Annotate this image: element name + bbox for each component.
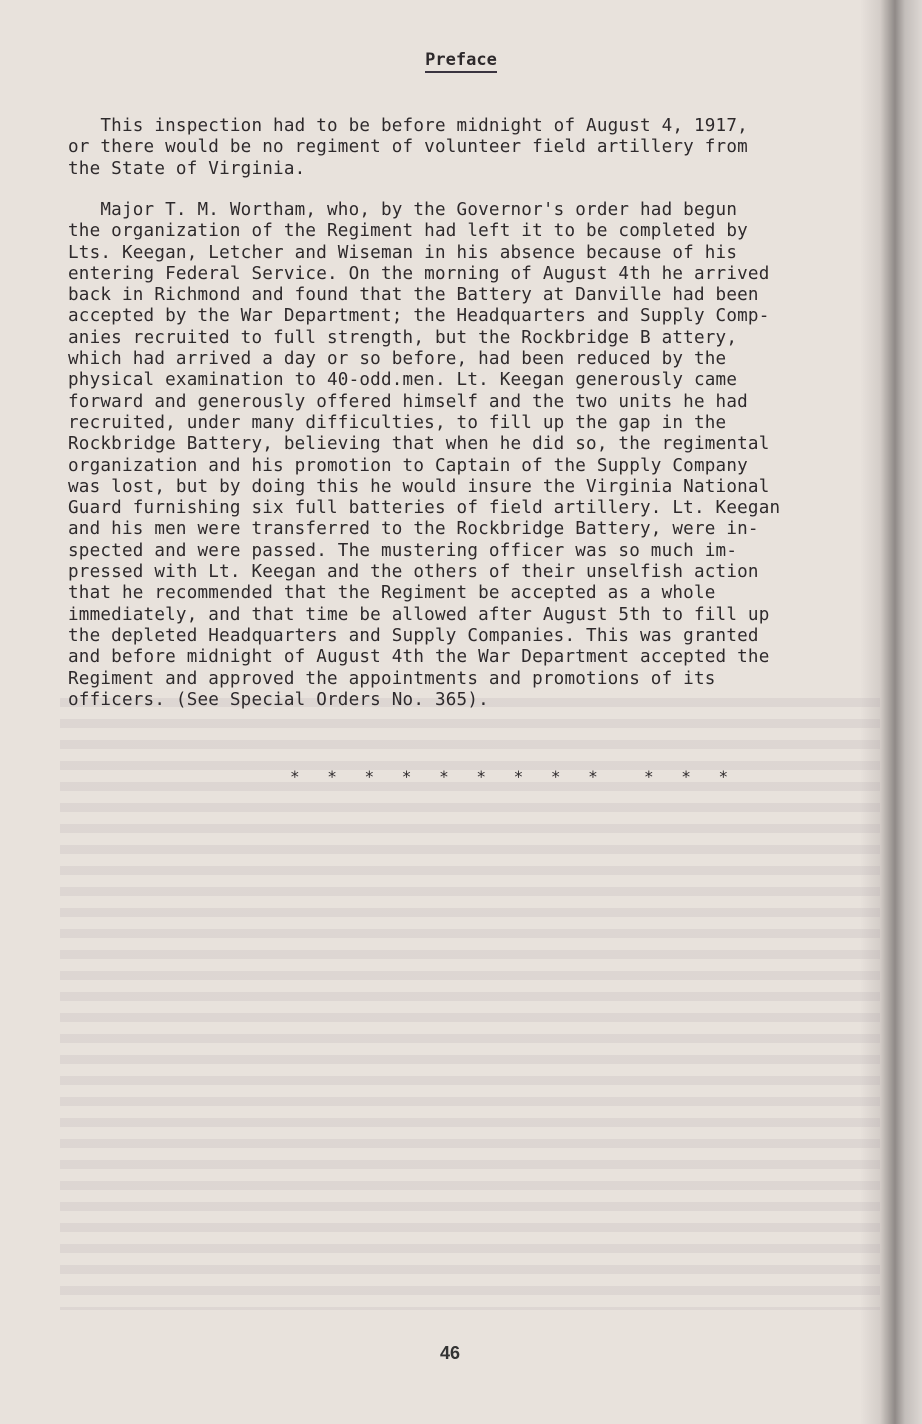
text-line: entering Federal Service. On the morning… bbox=[68, 264, 898, 285]
page-title: Preface bbox=[0, 50, 922, 70]
text-line: accepted by the War Department; the Head… bbox=[68, 306, 898, 327]
text-line: Lts. Keegan, Letcher and Wiseman in his … bbox=[68, 243, 898, 264]
page-title-text: Preface bbox=[425, 50, 497, 73]
text-line: the depleted Headquarters and Supply Com… bbox=[68, 626, 898, 647]
text-line: which had arrived a day or so before, ha… bbox=[68, 349, 898, 370]
text-line: spected and were passed. The mustering o… bbox=[68, 541, 898, 562]
text-line: immediately, and that time be allowed af… bbox=[68, 605, 898, 626]
paragraph-2: Major T. M. Wortham, who, by the Governo… bbox=[68, 200, 898, 711]
page-number: 46 bbox=[0, 1343, 900, 1364]
paragraph-1: This inspection had to be before midnigh… bbox=[68, 116, 898, 180]
text-line: pressed with Lt. Keegan and the others o… bbox=[68, 562, 898, 583]
text-line: back in Richmond and found that the Batt… bbox=[68, 285, 898, 306]
text-line: and his men were transferred to the Rock… bbox=[68, 519, 898, 540]
text-line: officers. (See Special Orders No. 365). bbox=[68, 690, 898, 711]
text-line: Regiment and approved the appointments a… bbox=[68, 669, 898, 690]
text-line: This inspection had to be before midnigh… bbox=[68, 116, 898, 137]
text-line: recruited, under many difficulties, to f… bbox=[68, 413, 898, 434]
text-line: Major T. M. Wortham, who, by the Governo… bbox=[68, 200, 898, 221]
text-line: physical examination to 40-odd.men. Lt. … bbox=[68, 370, 898, 391]
text-line: the organization of the Regiment had lef… bbox=[68, 221, 898, 242]
text-line: organization and his promotion to Captai… bbox=[68, 456, 898, 477]
text-line: or there would be no regiment of volunte… bbox=[68, 137, 898, 158]
document-page: Preface This inspection had to be before… bbox=[0, 0, 922, 1424]
text-line: was lost, but by doing this he would ins… bbox=[68, 477, 898, 498]
section-separator: * * * * * * * * * * * * bbox=[290, 767, 737, 786]
text-line: forward and generously offered himself a… bbox=[68, 392, 898, 413]
text-line: anies recruited to full strength, but th… bbox=[68, 328, 898, 349]
text-line: Guard furnishing six full batteries of f… bbox=[68, 498, 898, 519]
text-line: and before midnight of August 4th the Wa… bbox=[68, 647, 898, 668]
text-line: that he recommended that the Regiment be… bbox=[68, 583, 898, 604]
text-line: Rockbridge Battery, believing that when … bbox=[68, 434, 898, 455]
text-line: the State of Virginia. bbox=[68, 159, 898, 180]
